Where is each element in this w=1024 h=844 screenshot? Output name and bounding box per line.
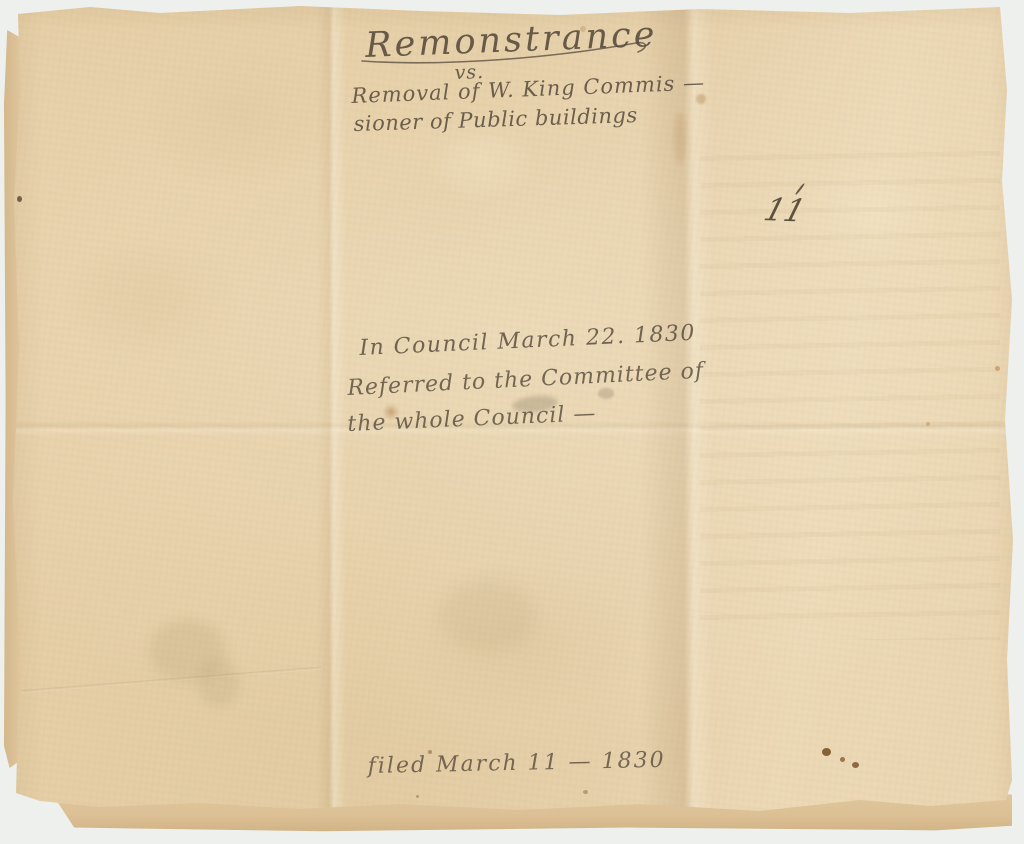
water-stain: [198, 660, 240, 706]
document-scan: Remonstrance vs. Removal of W. King Comm…: [0, 0, 1024, 844]
fox-spot: [583, 790, 588, 794]
fox-spot: [995, 366, 1000, 371]
ink-fleck: [17, 196, 22, 202]
ink-spot: [822, 748, 831, 756]
water-stain: [440, 580, 535, 652]
fold-stain: [674, 112, 686, 164]
fox-spot: [416, 795, 419, 798]
fox-spot: [926, 422, 930, 426]
speckle-smudge: [598, 388, 614, 399]
document-page: Remonstrance vs. Removal of W. King Comm…: [0, 0, 1024, 844]
ink-spot: [840, 757, 845, 762]
ink-spot: [852, 762, 859, 768]
fox-spot: [696, 94, 706, 104]
ink-show-through-texture: [700, 140, 1000, 640]
